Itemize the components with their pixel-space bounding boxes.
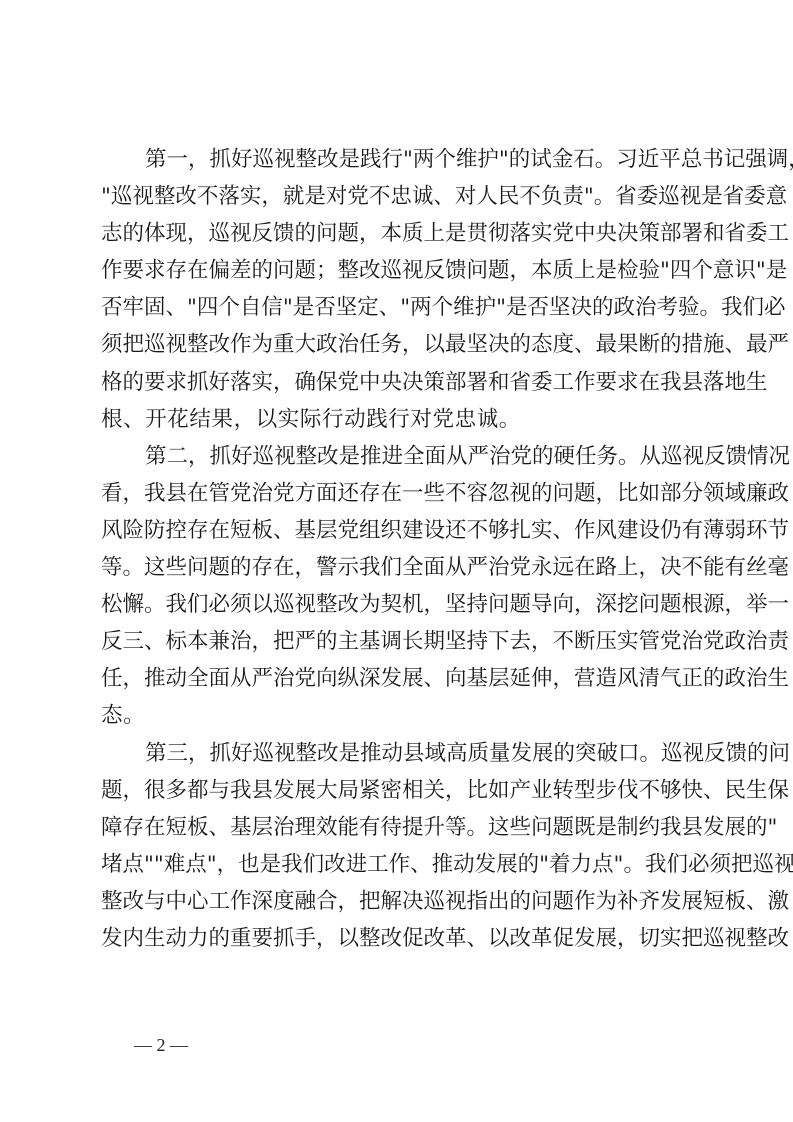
text-line: 志的体现，巡视反馈的问题，本质上是贯彻落实党中央决策部署和省委工: [101, 215, 695, 252]
text-line: 否牢固、"四个自信"是否坚定、"两个维护"是否坚决的政治考验。我们必: [101, 289, 695, 326]
paragraph-first-point: 第一，抓好巡视整改是践行"两个维护"的试金石。习近平总书记强调， "巡视整改不落…: [101, 141, 695, 438]
document-page: 第一，抓好巡视整改是践行"两个维护"的试金石。习近平总书记强调， "巡视整改不落…: [0, 0, 793, 1122]
text-line: 等。这些问题的存在，警示我们全面从严治党永远在路上，决不能有丝毫: [101, 549, 695, 586]
text-line: 根、开花结果，以实际行动践行对党忠诚。: [101, 401, 695, 438]
page-number: — 2 —: [134, 1033, 188, 1057]
text-line: 堵点""难点"，也是我们改进工作、推动发展的"着力点"。我们必须把巡视: [101, 846, 695, 883]
text-line: 障存在短板、基层治理效能有待提升等。这些问题既是制约我县发展的": [101, 809, 695, 846]
paragraph-second-point: 第二，抓好巡视整改是推进全面从严治党的硬任务。从巡视反馈情况 看，我县在管党治党…: [101, 438, 695, 735]
paragraph-third-point: 第三，抓好巡视整改是推动县域高质量发展的突破口。巡视反馈的问 题，很多都与我县发…: [101, 735, 695, 958]
text-line: 作要求存在偏差的问题；整改巡视反馈问题，本质上是检验"四个意识"是: [101, 252, 695, 289]
text-line: 题，很多都与我县发展大局紧密相关，比如产业转型步伐不够快、民生保: [101, 772, 695, 809]
text-line: 态。: [101, 697, 695, 734]
text-line: 风险防控存在短板、基层党组织建设还不够扎实、作风建设仍有薄弱环节: [101, 512, 695, 549]
text-line: 格的要求抓好落实，确保党中央决策部署和省委工作要求在我县落地生: [101, 364, 695, 401]
text-line: 第一，抓好巡视整改是践行"两个维护"的试金石。习近平总书记强调，: [101, 141, 695, 178]
text-line: 须把巡视整改作为重大政治任务，以最坚决的态度、最果断的措施、最严: [101, 326, 695, 363]
text-line: 整改与中心工作深度融合，把解决巡视指出的问题作为补齐发展短板、激: [101, 883, 695, 920]
text-line: 发内生动力的重要抓手，以整改促改革、以改革促发展，切实把巡视整改: [101, 920, 695, 957]
text-line: 反三、标本兼治，把严的主基调长期坚持下去，不断压实管党治党政治责: [101, 623, 695, 660]
text-line: 第二，抓好巡视整改是推进全面从严治党的硬任务。从巡视反馈情况: [101, 438, 695, 475]
text-line: 第三，抓好巡视整改是推动县域高质量发展的突破口。巡视反馈的问: [101, 735, 695, 772]
document-body: 第一，抓好巡视整改是践行"两个维护"的试金石。习近平总书记强调， "巡视整改不落…: [101, 141, 695, 957]
text-line: 任，推动全面从严治党向纵深发展、向基层延伸，营造风清气正的政治生: [101, 660, 695, 697]
text-line: 看，我县在管党治党方面还存在一些不容忽视的问题，比如部分领域廉政: [101, 475, 695, 512]
text-line: 松懈。我们必须以巡视整改为契机，坚持问题导向，深挖问题根源，举一: [101, 586, 695, 623]
text-line: "巡视整改不落实，就是对党不忠诚、对人民不负责"。省委巡视是省委意: [101, 178, 695, 215]
